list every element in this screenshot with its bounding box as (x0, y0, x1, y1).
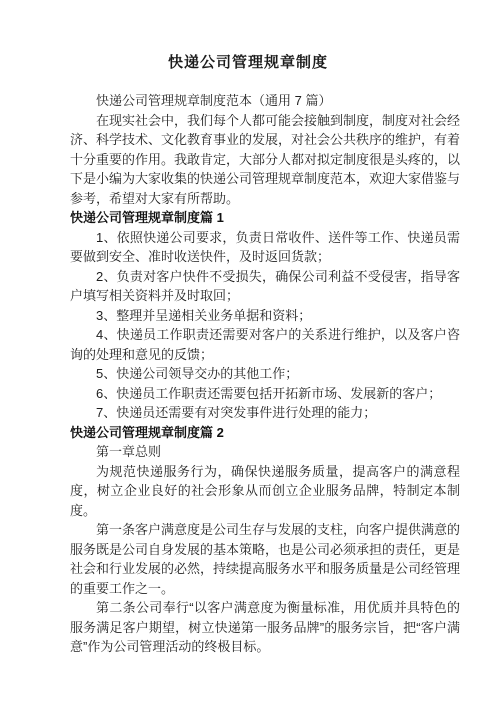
paragraph: 第一条客户满意度是公司生存与发展的支柱，向客户提供满意的服务既是公司自身发展的基… (70, 520, 460, 598)
section-heading: 快递公司管理规章制度篇 1 (70, 208, 460, 228)
paragraph: 3、整理并呈递相关业务单据和资料； (70, 306, 460, 326)
paragraph: 2、负责对客户快件不受损失，确保公司利益不受侵害，指导客户填写相关资料并及时取回… (70, 267, 460, 306)
paragraph: 为规范快递服务行为，确保快递服务质量，提高客户的满意程度，树立企业良好的社会形象… (70, 462, 460, 521)
document-page: 快递公司管理规章制度 快递公司管理规章制度范本（通用 7 篇）在现实社会中，我们… (0, 0, 496, 702)
paragraph: 4、快递员工作职责还需要对客户的关系进行维护，以及客户咨询的处理和意见的反馈； (70, 325, 460, 364)
paragraph: 快递公司管理规章制度范本（通用 7 篇） (70, 91, 460, 111)
paragraph: 5、快递公司领导交办的其他工作； (70, 364, 460, 384)
paragraph: 6、快递员工作职责还需要包括开拓新市场、发展新的客户； (70, 384, 460, 404)
paragraph: 第一章总则 (70, 442, 460, 462)
document-title: 快递公司管理规章制度 (0, 52, 496, 74)
paragraph: 1、依照快递公司要求，负责日常收件、送件等工作、快递员需要做到安全、准时收送快件… (70, 228, 460, 267)
paragraph: 7、快递员还需要有对突发事件进行处理的能力； (70, 403, 460, 423)
document-body: 快递公司管理规章制度范本（通用 7 篇）在现实社会中，我们每个人都可能会接触到制… (70, 91, 460, 657)
section-heading: 快递公司管理规章制度篇 2 (70, 423, 460, 443)
paragraph: 在现实社会中，我们每个人都可能会接触到制度，制度对社会经济、科学技术、文化教育事… (70, 111, 460, 209)
paragraph: 第二条公司奉行“以客户满意度为衡量标准，用优质并具特色的服务满足客户期望，树立快… (70, 598, 460, 657)
